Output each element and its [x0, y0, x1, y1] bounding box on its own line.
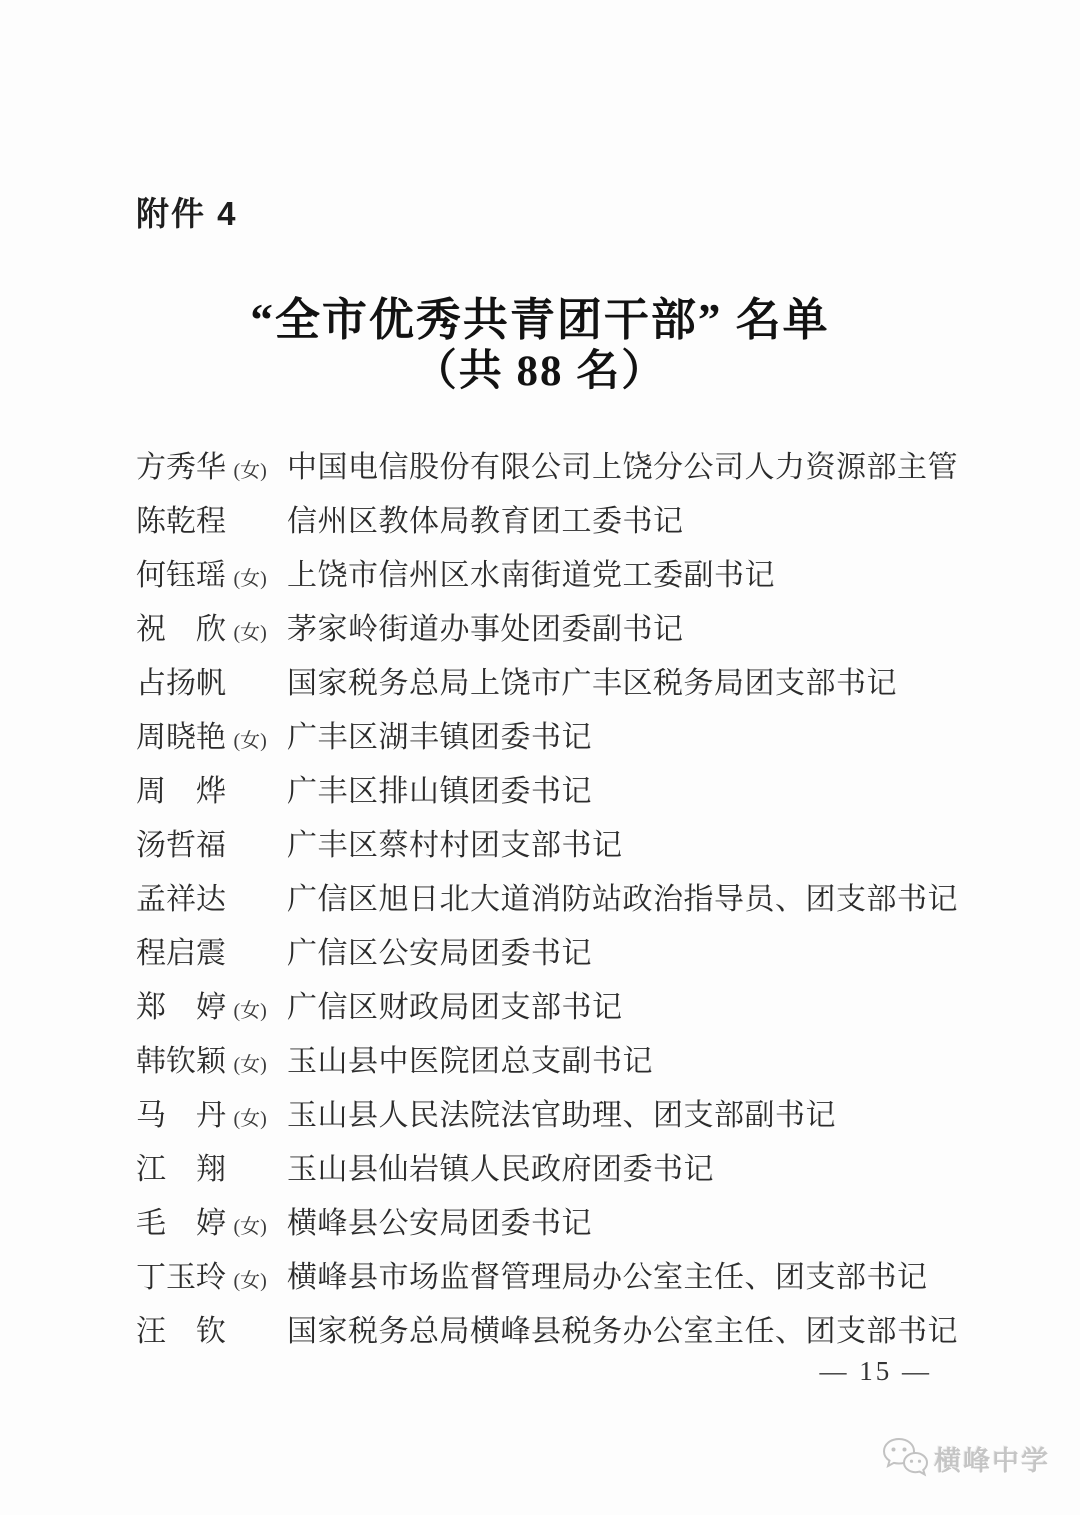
- gender-marker: (女): [234, 1092, 280, 1146]
- gender-marker: (女): [234, 1200, 280, 1254]
- list-item: 孟祥达 广信区旭日北大道消防站政治指导员、团支部书记: [136, 873, 1020, 927]
- person-position: 玉山县人民法院法官助理、团支部副书记: [287, 1099, 836, 1132]
- person-position: 信州区教体局教育团工委书记: [287, 505, 684, 538]
- list-item: 周 烨 广丰区排山镇团委书记: [136, 765, 1020, 819]
- person-position: 中国电信股份有限公司上饶分公司人力资源部主管: [287, 451, 958, 484]
- person-name: 孟祥达: [136, 873, 226, 927]
- person-position: 玉山县中医院团总支副书记: [287, 1045, 653, 1078]
- list-item: 何钰瑶 (女) 上饶市信州区水南街道党工委副书记: [136, 549, 1020, 603]
- person-name: 丁玉玲: [136, 1251, 226, 1305]
- cadre-list: 方秀华 (女) 中国电信股份有限公司上饶分公司人力资源部主管 陈乾程 信州区教体…: [136, 441, 1020, 1359]
- list-item: 方秀华 (女) 中国电信股份有限公司上饶分公司人力资源部主管: [136, 441, 1020, 495]
- person-name: 马 丹: [136, 1089, 226, 1143]
- gender-marker: (女): [234, 552, 280, 606]
- person-position: 国家税务总局横峰县税务办公室主任、团支部书记: [287, 1315, 958, 1348]
- list-item: 毛 婷 (女) 横峰县公安局团委书记: [136, 1197, 1020, 1251]
- list-item: 马 丹 (女) 玉山县人民法院法官助理、团支部副书记: [136, 1089, 1020, 1143]
- person-position: 广丰区蔡村村团支部书记: [287, 829, 623, 862]
- list-item: 汪 钦 国家税务总局横峰县税务办公室主任、团支部书记: [136, 1305, 1020, 1359]
- person-position: 横峰县公安局团委书记: [287, 1207, 592, 1240]
- document-page: 附件 4 “全市优秀共青团干部” 名单 （共 88 名） 方秀华 (女) 中国电…: [0, 0, 1080, 1515]
- person-name: 汤哲福: [136, 819, 226, 873]
- person-position: 上饶市信州区水南街道党工委副书记: [287, 559, 775, 592]
- person-name: 毛 婷: [136, 1197, 226, 1251]
- person-name: 郑 婷: [136, 981, 226, 1035]
- person-position: 广信区公安局团委书记: [287, 937, 592, 970]
- document-subtitle: （共 88 名）: [0, 337, 1080, 398]
- person-name: 周晓艳: [136, 711, 226, 765]
- watermark: 横峰中学: [882, 1436, 1050, 1480]
- gender-marker: (女): [234, 444, 280, 498]
- person-name: 占扬帆: [136, 657, 226, 711]
- list-item: 陈乾程 信州区教体局教育团工委书记: [136, 495, 1020, 549]
- list-item: 祝 欣 (女) 茅家岭街道办事处团委副书记: [136, 603, 1020, 657]
- gender-marker: (女): [234, 714, 280, 768]
- person-name: 周 烨: [136, 765, 226, 819]
- list-item: 汤哲福 广丰区蔡村村团支部书记: [136, 819, 1020, 873]
- attachment-label: 附件 4: [136, 188, 238, 235]
- wechat-icon: [882, 1436, 928, 1480]
- gender-marker: (女): [234, 1038, 280, 1092]
- person-position: 茅家岭街道办事处团委副书记: [287, 613, 684, 646]
- person-position: 广丰区湖丰镇团委书记: [287, 721, 592, 754]
- watermark-text: 横峰中学: [934, 1439, 1050, 1478]
- person-position: 国家税务总局上饶市广丰区税务局团支部书记: [287, 667, 897, 700]
- person-name: 何钰瑶: [136, 549, 226, 603]
- person-position: 玉山县仙岩镇人民政府团委书记: [287, 1153, 714, 1186]
- gender-marker: (女): [234, 984, 280, 1038]
- list-item: 程启震 广信区公安局团委书记: [136, 927, 1020, 981]
- list-item: 周晓艳 (女) 广丰区湖丰镇团委书记: [136, 711, 1020, 765]
- person-position: 广信区财政局团支部书记: [287, 991, 623, 1024]
- list-item: 郑 婷 (女) 广信区财政局团支部书记: [136, 981, 1020, 1035]
- page-number: — 15 —: [820, 1356, 933, 1387]
- person-position: 广丰区排山镇团委书记: [287, 775, 592, 808]
- person-name: 程启震: [136, 927, 226, 981]
- list-item: 占扬帆 国家税务总局上饶市广丰区税务局团支部书记: [136, 657, 1020, 711]
- person-position: 广信区旭日北大道消防站政治指导员、团支部书记: [287, 883, 958, 916]
- person-name: 祝 欣: [136, 603, 226, 657]
- gender-marker: (女): [234, 606, 280, 660]
- person-name: 汪 钦: [136, 1305, 226, 1359]
- gender-marker: (女): [234, 1254, 280, 1308]
- person-position: 横峰县市场监督管理局办公室主任、团支部书记: [287, 1261, 928, 1294]
- list-item: 江 翔 玉山县仙岩镇人民政府团委书记: [136, 1143, 1020, 1197]
- list-item: 韩钦颖 (女) 玉山县中医院团总支副书记: [136, 1035, 1020, 1089]
- list-item: 丁玉玲 (女) 横峰县市场监督管理局办公室主任、团支部书记: [136, 1251, 1020, 1305]
- person-name: 方秀华: [136, 441, 226, 495]
- person-name: 韩钦颖: [136, 1035, 226, 1089]
- person-name: 陈乾程: [136, 495, 226, 549]
- person-name: 江 翔: [136, 1143, 226, 1197]
